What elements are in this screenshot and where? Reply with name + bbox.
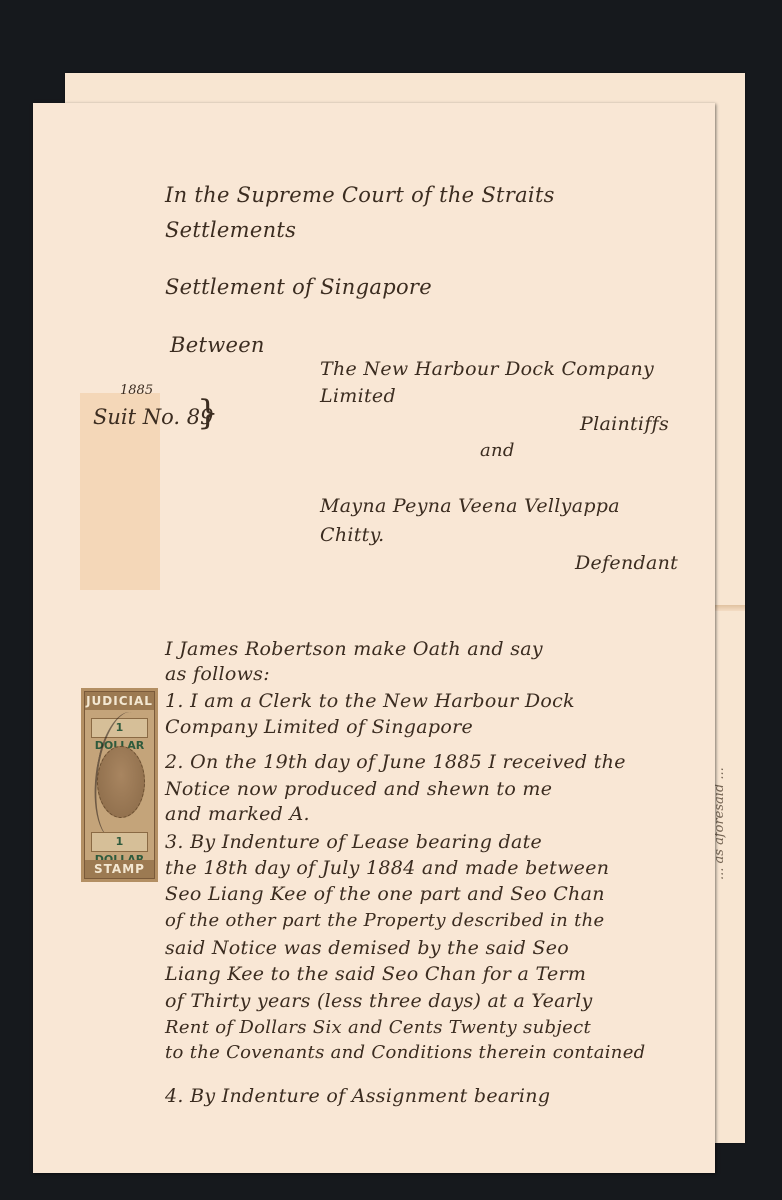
body-line: Notice now produced and shewn to me — [165, 778, 552, 800]
plaintiff-line1: The New Harbour Dock Company — [320, 358, 654, 380]
defendant-line1: Mayna Peyna Veena Vellyappa — [320, 495, 620, 517]
margin-note: ... as aforesaid ... — [712, 660, 738, 880]
body-line: Seo Liang Kee of the one part and Seo Ch… — [165, 883, 605, 905]
plaintiff-line2: Limited — [320, 385, 396, 407]
defendant-role: Defendant — [575, 552, 678, 574]
suit-year: 1885 — [120, 383, 153, 398]
body-line: 3. By Indenture of Lease bearing date — [165, 831, 542, 853]
stamp-bottom-label: STAMP — [85, 860, 154, 878]
body-line: 4. By Indenture of Assignment bearing — [165, 1085, 550, 1107]
defendant-line2: Chitty. — [320, 524, 384, 546]
body-line: of the other part the Property described… — [165, 910, 604, 931]
body-line: Company Limited of Singapore — [165, 716, 473, 738]
judicial-stamp: JUDICIAL 1 DOLLAR 1 DOLLAR STAMP — [81, 688, 158, 882]
body-line: Liang Kee to the said Seo Chan for a Ter… — [165, 963, 586, 985]
body-line: to the Covenants and Conditions therein … — [165, 1042, 645, 1063]
fold-mark — [715, 605, 745, 611]
plaintiff-role: Plaintiffs — [580, 413, 669, 435]
suit-brace: } — [197, 393, 219, 433]
body-line: and marked A. — [165, 803, 310, 825]
body-line: as follows: — [165, 663, 270, 685]
settlement-line: Settlement of Singapore — [165, 275, 432, 299]
body-line: I James Robertson make Oath and say — [165, 638, 543, 660]
stamp-frame: JUDICIAL 1 DOLLAR 1 DOLLAR STAMP — [84, 691, 155, 879]
body-line: of Thirty years (less three days) at a Y… — [165, 990, 593, 1012]
court-title-line1: In the Supreme Court of the Straits — [165, 183, 555, 207]
stamp-value-bottom: 1 DOLLAR — [91, 832, 148, 852]
court-title-line2: Settlements — [165, 218, 296, 242]
and-label: and — [480, 440, 515, 461]
between-label: Between — [170, 333, 265, 357]
body-line: Rent of Dollars Six and Cents Twenty sub… — [165, 1017, 591, 1038]
body-line: 1. I am a Clerk to the New Harbour Dock — [165, 690, 575, 712]
body-line: 2. On the 19th day of June 1885 I receiv… — [165, 751, 626, 773]
stamp-top-label: JUDICIAL — [85, 692, 154, 710]
suit-number: Suit No. 89 — [93, 405, 213, 429]
body-line: said Notice was demised by the said Seo — [165, 937, 569, 959]
body-line: the 18th day of July 1884 and made betwe… — [165, 857, 609, 879]
